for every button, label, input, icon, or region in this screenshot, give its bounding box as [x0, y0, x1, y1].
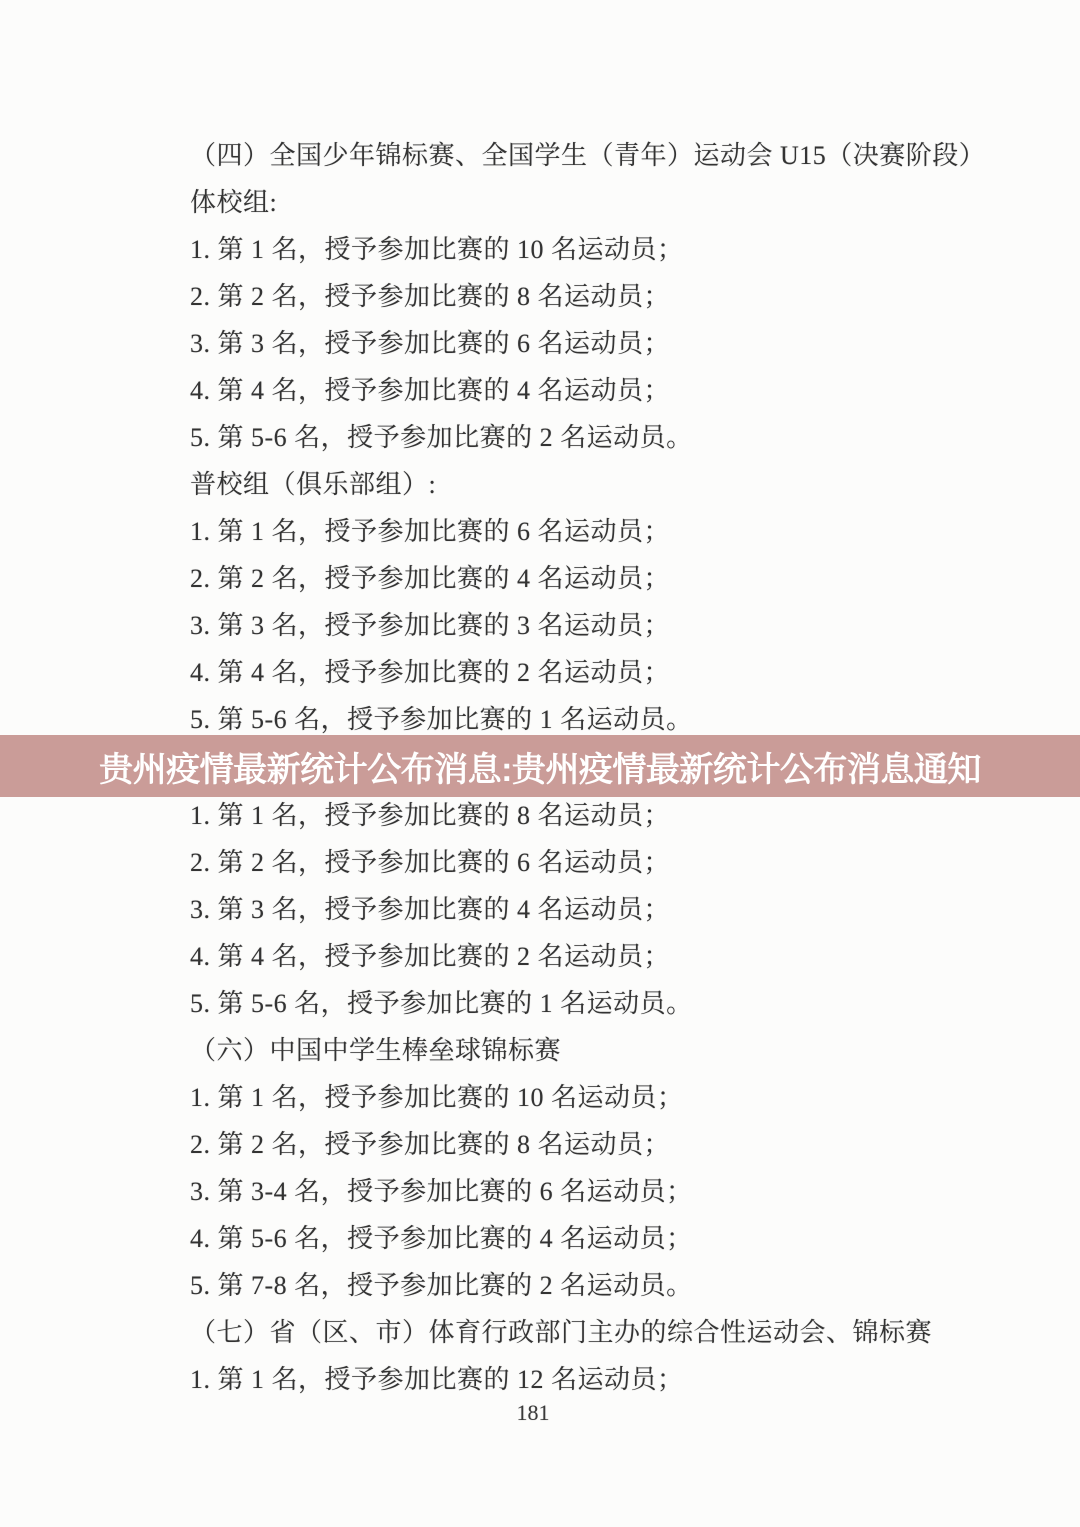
doc-line-item: 4. 第 4 名，授予参加比赛的 2 名运动员； — [190, 933, 1040, 980]
document-section-before-banner: （四）全国少年锦标赛、全国学生（青年）运动会 U15（决赛阶段）体校组:1. 第… — [190, 132, 1040, 743]
document-section-after-banner: 1. 第 1 名，授予参加比赛的 8 名运动员；2. 第 2 名，授予参加比赛的… — [190, 792, 1040, 1403]
doc-line-item: 5. 第 5-6 名，授予参加比赛的 1 名运动员。 — [190, 980, 1040, 1027]
doc-line-heading: （四）全国少年锦标赛、全国学生（青年）运动会 U15（决赛阶段） — [190, 132, 1040, 179]
doc-line-subheading: 普校组（俱乐部组）: — [190, 461, 1040, 508]
doc-line-item: 1. 第 1 名，授予参加比赛的 6 名运动员； — [190, 508, 1040, 555]
doc-line-item: 3. 第 3 名，授予参加比赛的 3 名运动员； — [190, 602, 1040, 649]
doc-line-item: 3. 第 3 名，授予参加比赛的 4 名运动员； — [190, 886, 1040, 933]
doc-line-item: 2. 第 2 名，授予参加比赛的 8 名运动员； — [190, 1121, 1040, 1168]
doc-line-item: 5. 第 5-6 名，授予参加比赛的 2 名运动员。 — [190, 414, 1040, 461]
doc-line-item: 1. 第 1 名，授予参加比赛的 10 名运动员； — [190, 226, 1040, 273]
doc-line-heading: （六）中国中学生棒垒球锦标赛 — [190, 1027, 1040, 1074]
doc-line-item: 5. 第 7-8 名，授予参加比赛的 2 名运动员。 — [190, 1262, 1040, 1309]
doc-line-item: 3. 第 3-4 名，授予参加比赛的 6 名运动员； — [190, 1168, 1040, 1215]
doc-line-item: 2. 第 2 名，授予参加比赛的 8 名运动员； — [190, 273, 1040, 320]
page-number: 181 — [0, 1398, 1066, 1428]
doc-line-item: 4. 第 5-6 名，授予参加比赛的 4 名运动员； — [190, 1215, 1040, 1262]
doc-line-item: 4. 第 4 名，授予参加比赛的 2 名运动员； — [190, 649, 1040, 696]
doc-line-item: 1. 第 1 名，授予参加比赛的 8 名运动员； — [190, 792, 1040, 839]
doc-line-item: 3. 第 3 名，授予参加比赛的 6 名运动员； — [190, 320, 1040, 367]
doc-line-item: 2. 第 2 名，授予参加比赛的 4 名运动员； — [190, 555, 1040, 602]
doc-line-item: 1. 第 1 名，授予参加比赛的 12 名运动员； — [190, 1356, 1040, 1403]
doc-line-item: 4. 第 4 名，授予参加比赛的 4 名运动员； — [190, 367, 1040, 414]
doc-line-item: 1. 第 1 名，授予参加比赛的 10 名运动员； — [190, 1074, 1040, 1121]
doc-line-subheading: 体校组: — [190, 179, 1040, 226]
banner-title-text: 贵州疫情最新统计公布消息:贵州疫情最新统计公布消息通知 — [99, 742, 981, 791]
overlay-title-banner: 贵州疫情最新统计公布消息:贵州疫情最新统计公布消息通知 — [0, 735, 1080, 797]
doc-line-heading: （七）省（区、市）体育行政部门主办的综合性运动会、锦标赛 — [190, 1309, 1040, 1356]
doc-line-item: 2. 第 2 名，授予参加比赛的 6 名运动员； — [190, 839, 1040, 886]
